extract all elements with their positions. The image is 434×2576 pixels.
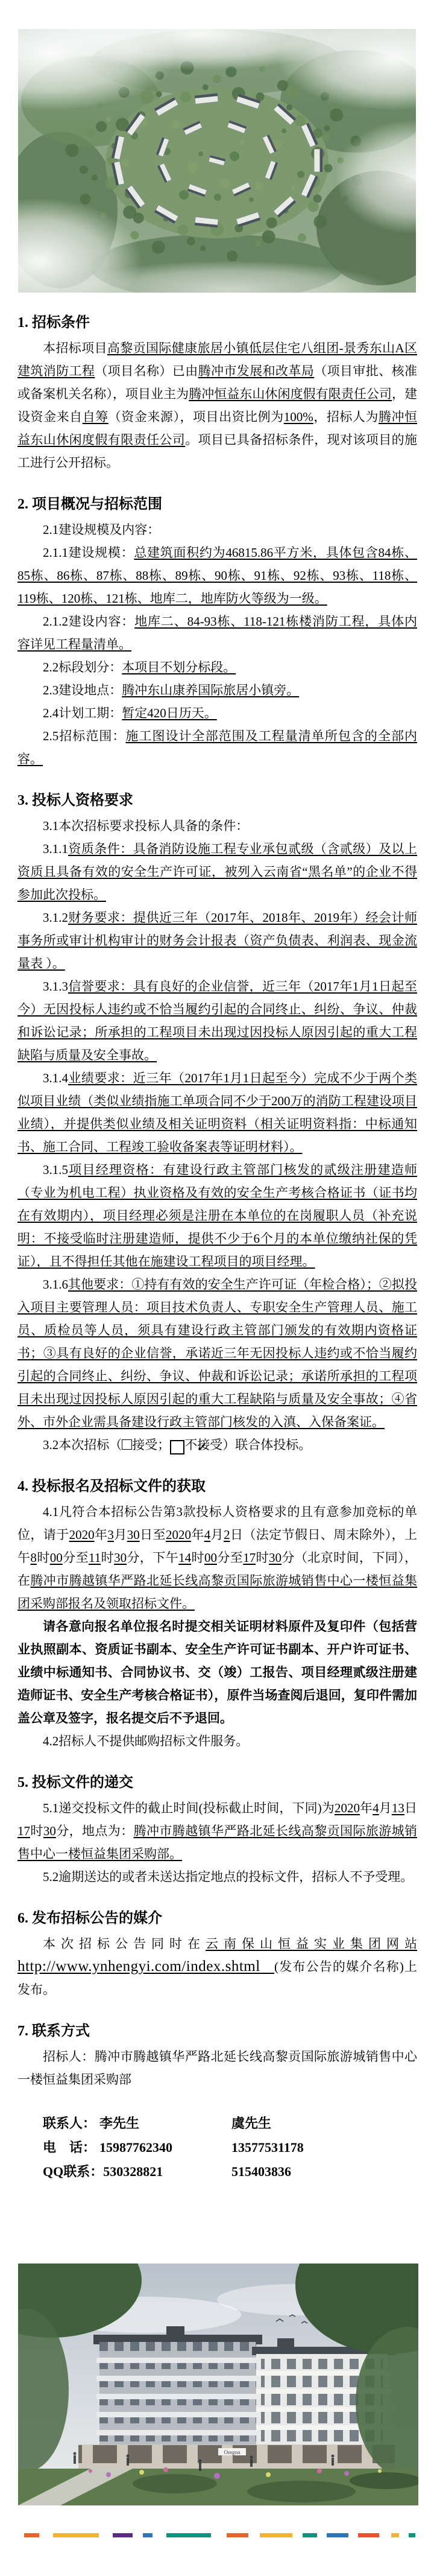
- text-segment: 2020: [69, 1528, 95, 1542]
- text-segment: 资质条件：具备消防设施工程专业承包贰级（含贰级）及以上资质且具备有效的安全生产许…: [17, 842, 417, 902]
- tender-announcement-page: 1. 招标条件本招标项目高黎贡国际健康旅居小镇低层住宅八组团-景秀东山A区建筑消…: [0, 0, 434, 2576]
- text-segment: 2.4计划工期：: [43, 706, 122, 720]
- divider-segment: [24, 2533, 39, 2537]
- text-segment: 项目经理资格：有建设行政主管部门核发的贰级注册建造师（专业为机电工程）执业资格及…: [17, 1163, 417, 1269]
- text-segment: 月: [114, 1528, 127, 1542]
- divider-segment: [391, 2533, 399, 2537]
- color-divider: [24, 2533, 415, 2537]
- section-heading-5: 5. 投标文件的递交: [17, 1769, 417, 1797]
- text-segment: ，招标人为: [313, 410, 379, 424]
- text-segment: 3.1.4: [43, 1071, 68, 1085]
- text-segment: 4: [373, 1801, 379, 1815]
- paragraph: 本次招标公告同时在云南保山恒益实业集团网站http://www.ynhengyi…: [17, 1932, 417, 2001]
- text-segment: 云南保山恒益实业集团网站: [206, 1937, 417, 1951]
- text-segment: 100%: [284, 410, 313, 424]
- text-segment: 00: [50, 1550, 63, 1565]
- divider-segment: [409, 2533, 415, 2537]
- section-heading-1: 1. 招标条件: [17, 309, 417, 337]
- text-segment: 3.1本次招标要求投标人具备的条件：: [43, 819, 248, 833]
- text-segment: 4: [204, 1528, 211, 1542]
- contact-block: 联系人：李先生虞先生电 话：1598776234013577531178QQ联系…: [17, 2111, 417, 2184]
- section-heading-3: 3. 投标人资格要求: [17, 787, 417, 814]
- paragraph: 本招标项目高黎贡国际健康旅居小镇低层住宅八组团-景秀东山A区建筑消防工程（项目名…: [17, 337, 417, 474]
- text-segment: 3.1.6: [43, 1277, 68, 1292]
- divider-segment: [227, 2533, 248, 2537]
- text-segment: 本招标项目: [43, 341, 107, 355]
- divider-segment: [53, 2533, 99, 2537]
- paragraph: 2.1建设规模及内容：: [17, 518, 417, 541]
- checkbox-checked-icon: ✓: [170, 1440, 184, 1455]
- paragraph: 3.1本次招标要求投标人具备的条件：: [17, 814, 417, 837]
- text-segment: 11: [89, 1550, 101, 1565]
- contact-value: 李先生: [99, 2116, 139, 2131]
- text-segment: 2.1.1建设规模：: [43, 545, 134, 560]
- text-segment: （项目名称）已由: [95, 364, 198, 378]
- paragraph: 2.3建设地点：腾冲东山康养国际旅居小镇旁。: [17, 679, 417, 702]
- announcement-body: 1. 招标条件本招标项目高黎贡国际健康旅居小镇低层住宅八组团-景秀东山A区建筑消…: [17, 293, 417, 2262]
- text-segment: 请各意向报名单位报名时提交相关证明材料原件及复印件（包括营业执照副本、资质证书副…: [17, 1619, 417, 1725]
- text-segment: 3.1.3: [43, 979, 68, 994]
- text-segment: 自筹: [83, 410, 108, 424]
- paragraph: 2.2标段划分：本项目不划分标段。: [17, 656, 417, 679]
- contact-col-1: 联系人：李先生: [43, 2111, 231, 2136]
- section-heading-2: 2. 项目概况与招标范围: [17, 490, 417, 518]
- paragraph: 4.2招标人不提供邮购招标文件服务。: [17, 1730, 417, 1753]
- contact-col-1: 电 话：15987762340: [43, 2136, 231, 2160]
- divider-segment: [358, 2533, 379, 2537]
- text-segment: 日至: [140, 1528, 166, 1542]
- contact-label: 电 话：: [43, 2136, 99, 2160]
- paragraph: 3.1.2财务要求：提供近三年（2017年、2018年、2019年）经会计师事务…: [17, 906, 417, 975]
- text-segment: 13: [392, 1801, 404, 1815]
- text-segment: 2: [224, 1528, 230, 1542]
- text-segment: 17: [17, 1824, 30, 1838]
- text-segment: 月: [379, 1801, 392, 1815]
- paragraph: 5.2逾期送达的或者未送达指定地点的投标文件，招标人不予受理。: [17, 1865, 417, 1888]
- paragraph: 4.1凡符合本招标公告第3款投标人资格要求的且有意参加竞标的单位，请于2020年…: [17, 1500, 417, 1615]
- text-segment: 本项目不划分标段。: [122, 660, 236, 674]
- text-segment: 腾冲市腾越镇华严路北延长线高黎贡国际旅游城销售中心一楼恒益集团采购部报名及领取招…: [17, 1573, 417, 1611]
- text-segment: 2.2标段划分：: [43, 660, 122, 674]
- contact-value: 530328821: [103, 2164, 163, 2179]
- paragraph: 3.2本次招标（接受；✓不接受）联合体投标。: [17, 1433, 417, 1456]
- text-segment: 3: [107, 1528, 114, 1542]
- paragraph: 2.1.2建设内容：地库二、84-93栋、118-121栋楼消防工程，具体内容详…: [17, 610, 417, 656]
- aerial-rendering-image: [18, 29, 416, 293]
- text-segment: 年: [191, 1528, 204, 1542]
- text-segment: 不接受）联合体投标。: [184, 1438, 311, 1452]
- text-segment: 业绩要求：近三年（2017年1月1日起至今）完成不少于两个类似项目业绩（类似业绩…: [17, 1071, 417, 1154]
- paragraph: 3.1.5项目经理资格：有建设行政主管部门核发的贰级注册建造师（专业为机电工程）…: [17, 1158, 417, 1273]
- text-segment: 时: [256, 1550, 269, 1565]
- text-segment: 2.1建设规模及内容：: [43, 522, 160, 537]
- text-segment: 招标人：腾冲市腾越镇华严路北延长线高黎贡国际旅游城销售中心一楼恒益集团采购部: [17, 2049, 417, 2087]
- text-segment: 30: [114, 1550, 127, 1565]
- text-segment: 3.1.5: [43, 1163, 68, 1177]
- contact-col-1: QQ联系：530328821: [43, 2160, 231, 2184]
- paragraph: 3.1.6其他要求：①持有有效的安全生产许可证（年检合格）；②拟投入项目主要管理…: [17, 1273, 417, 1433]
- text-segment: 日: [404, 1801, 417, 1815]
- text-segment: 5.2逾期送达的或者未送达指定地点的投标文件，招标人不予受理。: [43, 1870, 413, 1884]
- text-segment: 14: [178, 1550, 191, 1565]
- text-segment: 5.1递交投标文件的截止时间(投标截止时间，下同)为: [43, 1801, 335, 1815]
- text-segment: 年: [95, 1528, 108, 1542]
- text-segment: 2020: [166, 1528, 191, 1542]
- text-segment: 00: [204, 1550, 217, 1565]
- contact-label: 联系人：: [43, 2111, 99, 2136]
- paragraph: 2.4计划工期：暂定420日历天。: [17, 702, 417, 725]
- contact-row: QQ联系：530328821515403836: [17, 2160, 417, 2184]
- contact-value: 515403836: [231, 2160, 291, 2184]
- text-segment: 分至: [63, 1550, 89, 1565]
- text-segment: 3.1.1: [43, 842, 68, 856]
- text-segment: 分，地点为：: [56, 1824, 134, 1838]
- text-segment: 时: [191, 1550, 204, 1565]
- text-segment: 分至: [217, 1550, 243, 1565]
- paragraph: 3.1.4业绩要求：近三年（2017年1月1日起至今）完成不少于两个类似项目业绩…: [17, 1067, 417, 1158]
- contact-row: 联系人：李先生虞先生: [17, 2111, 417, 2136]
- divider-segment: [303, 2533, 317, 2537]
- text-segment: 接受；: [132, 1438, 170, 1452]
- paragraph: 2.5招标范围：施工图设计全部范围及工程量清单所包含的全部内容。: [17, 725, 417, 770]
- text-segment: 2.3建设地点：: [43, 683, 122, 697]
- text-segment: 财务要求：提供近三年（2017年、2018年、2019年）经会计师事务所或审计机…: [17, 910, 417, 971]
- contact-label: QQ联系：: [43, 2160, 103, 2184]
- contact-row: 电 话：1598776234013577531178: [17, 2136, 417, 2160]
- section-heading-4: 4. 投标报名及招标文件的获取: [17, 1473, 417, 1500]
- divider-segment: [260, 2533, 292, 2537]
- text-segment: 时: [30, 1824, 43, 1838]
- text-segment: 2.1.2建设内容：: [43, 614, 134, 629]
- text-segment: 年: [360, 1801, 373, 1815]
- text-segment: （资金来源），项目出资比例为: [108, 410, 284, 424]
- text-segment: 2.5招标范围：: [43, 729, 125, 743]
- text-segment: 腾冲东山康养国际旅居小镇旁。: [122, 683, 299, 697]
- section-heading-7: 7. 联系方式: [17, 2017, 417, 2045]
- paragraph: 5.1递交投标文件的截止时间(投标截止时间，下同)为2020年4月13日17时3…: [17, 1797, 417, 1865]
- text-segment: 2020: [335, 1801, 360, 1815]
- paragraph: 3.1.1资质条件：具备消防设施工程专业承包贰级（含贰级）及以上资质且具备有效的…: [17, 837, 417, 906]
- text-segment: 30: [269, 1550, 281, 1565]
- divider-segment: [113, 2533, 133, 2537]
- text-segment: 8: [30, 1550, 37, 1565]
- announcement-url-link[interactable]: http://www.ynhengyi.com/index.shtml: [17, 1958, 260, 1975]
- contact-value: 13577531178: [231, 2136, 304, 2160]
- text-segment: 3.2本次招标（: [43, 1438, 122, 1452]
- text-segment: 暂定420日历天。: [122, 706, 217, 720]
- storefront-sign-text: Oregon: [224, 2449, 241, 2455]
- text-segment: 腾冲恒益东山休闲度假有限责任公司: [189, 387, 392, 401]
- checkbox-unchecked-icon: [122, 1439, 132, 1450]
- divider-segment: [327, 2533, 348, 2537]
- paragraph: 招标人：腾冲市腾越镇华严路北延长线高黎贡国际旅游城销售中心一楼恒益集团采购部: [17, 2045, 417, 2091]
- paragraph: 请各意向报名单位报名时提交相关证明材料原件及复印件（包括营业执照副本、资质证书副…: [17, 1615, 417, 1730]
- text-segment: 腾冲市发展和改革局: [198, 364, 315, 378]
- contact-value: 15987762340: [99, 2140, 172, 2155]
- divider-segment: [143, 2533, 153, 2537]
- text-segment: 时: [37, 1550, 50, 1565]
- text-segment: 4.2招标人不提供邮购招标文件服务。: [43, 1734, 248, 1748]
- text-segment: 月: [210, 1528, 224, 1542]
- text-segment: 30: [43, 1824, 56, 1838]
- paragraph: 2.1.1建设规模：总建筑面积约为46815.86平方米，具体包含84栋、85栋…: [17, 541, 417, 610]
- text-segment: 3.1.2: [43, 910, 68, 925]
- paragraph: 3.1.3信誉要求：具有良好的企业信誉，近三年（2017年1月1日起至今）无因投…: [17, 975, 417, 1067]
- text-segment: 17: [243, 1550, 256, 1565]
- text-segment: [260, 1959, 274, 1974]
- divider-segment: [166, 2533, 211, 2537]
- text-segment: 30: [127, 1528, 140, 1542]
- text-segment: 信誉要求：具有良好的企业信誉，近三年（2017年1月1日起至今）无因投标人违约或…: [17, 979, 417, 1062]
- section-heading-6: 6. 发布招标公告的媒介: [17, 1905, 417, 1932]
- text-segment: 其他要求：①持有有效的安全生产许可证（年检合格）；②拟投入项目主要管理人员：项目…: [17, 1277, 417, 1429]
- contact-value: 虞先生: [231, 2111, 271, 2136]
- text-segment: 时: [101, 1550, 114, 1565]
- text-segment: 分，下午: [127, 1550, 178, 1565]
- text-segment: 本次招标公告同时在: [43, 1937, 206, 1951]
- building-rendering-image: Oregon: [18, 2264, 418, 2505]
